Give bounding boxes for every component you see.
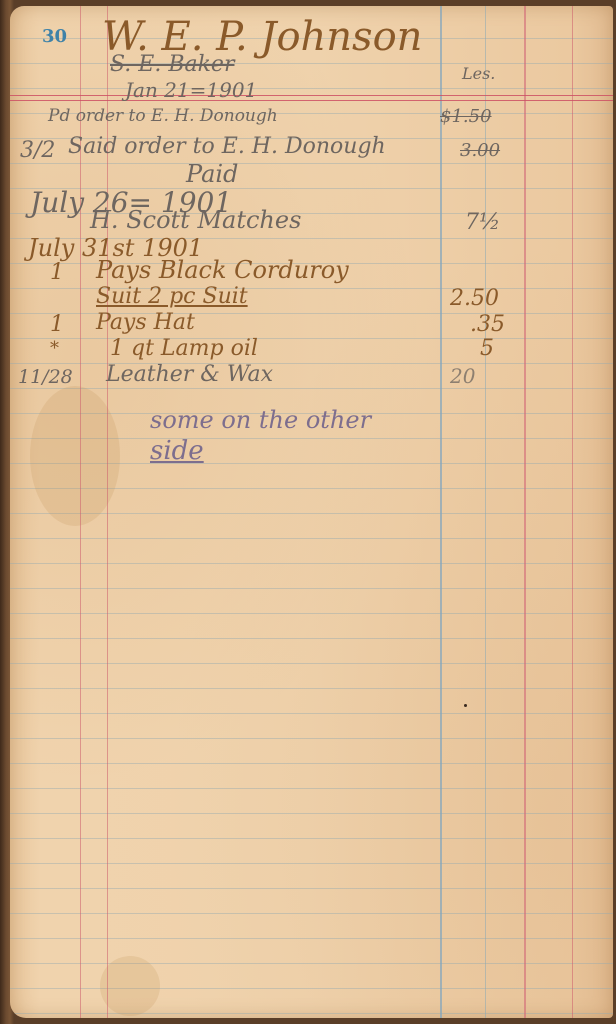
paper-stain (100, 956, 160, 1016)
entry-quantity: 1 (50, 260, 64, 285)
entry-date: 3/2 (20, 138, 55, 163)
entry-amount: 2.50 (450, 286, 499, 311)
entry-description: 1 qt Lamp oil (110, 336, 258, 361)
entry-description: Said order to E. H. Donough (68, 134, 386, 159)
total-column-rule (572, 6, 573, 1018)
account-date: Jan 21=1901 (125, 78, 257, 102)
entry-amount: 7½ (465, 210, 500, 235)
entry-amount: 20 (450, 364, 475, 388)
entry-quantity: 1 (50, 312, 64, 337)
entry-description: Leather & Wax (106, 362, 273, 387)
entry-description: Pays Hat (96, 310, 195, 335)
entry-description: Pd order to E. H. Donough (48, 106, 278, 126)
ink-speck (464, 704, 467, 707)
amount-column-rule (440, 6, 442, 1018)
entry-marker: * (50, 338, 59, 359)
entry-amount: 5 (480, 336, 494, 361)
margin-note: Les. (462, 64, 495, 83)
entry-description: Pays Black Corduroy (96, 256, 349, 284)
page-number: 30 (42, 26, 67, 47)
entry-amount: $1.50 (440, 106, 492, 127)
entry-description: H. Scott Matches (90, 206, 301, 234)
entry-amount: .35 (470, 312, 505, 337)
header-double-rule (10, 95, 613, 101)
entry-amount: 3.00 (460, 140, 500, 161)
ledger-page: 30 W. E. P. Johnson S. E. Baker Jan 21=1… (10, 6, 613, 1018)
crossed-out-name: S. E. Baker (110, 52, 234, 77)
entry-description: Paid (186, 160, 238, 188)
footnote-line-1: some on the other (150, 406, 371, 434)
footnote-line-2: side (150, 436, 204, 466)
entry-description: Suit 2 pc Suit (96, 284, 248, 309)
total-column-rule (524, 6, 526, 1018)
entry-date: 11/28 (18, 366, 73, 388)
